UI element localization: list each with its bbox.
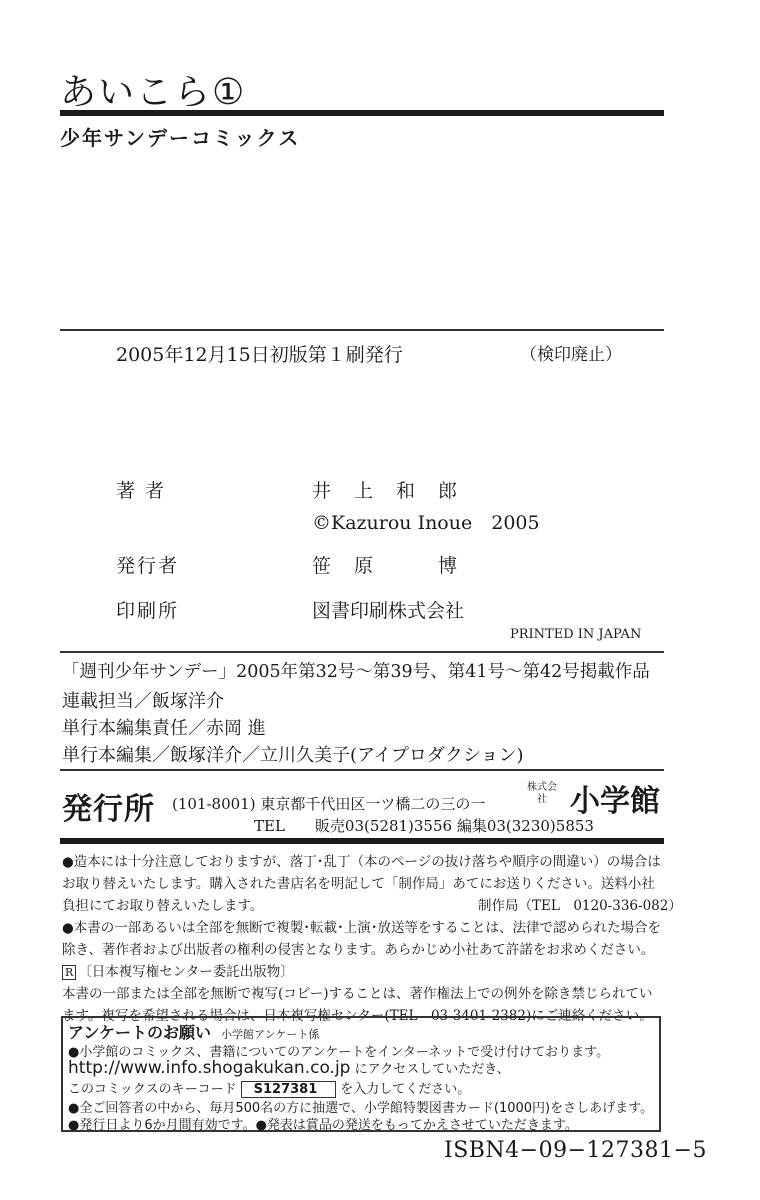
jrrc-heading: R〔日本複写権センター委託出版物〕 xyxy=(62,960,294,980)
publisher-person-label: 発行者 xyxy=(116,551,179,578)
corp-marker: 株式会社 xyxy=(526,782,558,806)
survey-subtitle: 小学館アンケート係 xyxy=(221,1028,319,1041)
serialization-source: 「週刊少年サンデー」2005年第32号～第39号、第41号～第42号掲載作品 xyxy=(62,658,650,683)
defect-notice-line: 負担にてお取り替えいたします。 xyxy=(62,894,263,914)
serial-editor: 連載担当／飯塚洋介 xyxy=(62,687,224,713)
defect-notice-line: お取り替えいたします。購入された書店名を明記して「制作局」あてにお送りください。… xyxy=(62,872,655,892)
title-rule xyxy=(60,110,664,116)
survey-heading: アンケートのお願い小学館アンケート係 xyxy=(68,1020,319,1043)
printed-in-japan: PRINTED IN JAPAN xyxy=(510,627,641,642)
printer-name: 図書印刷株式会社 xyxy=(312,596,464,623)
jrrc-label: 〔日本複写権センター委託出版物〕 xyxy=(78,964,293,980)
volume-chief-editor: 単行本編集責任／赤岡 進 xyxy=(62,714,266,740)
copyright-notice-line: 除き、著作者および出版者の権利の侵害となります。あらかじめ小社あて許諾をお求めく… xyxy=(62,938,654,958)
isbn: ISBN4−09−127381−5 xyxy=(444,1138,707,1163)
copyright-line: ©Kazurou Inoue 2005 xyxy=(312,508,540,535)
author-label: 著 者 xyxy=(116,476,166,503)
publisher-name: 小学館 xyxy=(570,776,660,820)
r-mark-icon: R xyxy=(62,965,76,980)
survey-url[interactable]: http://www.info.shogakukan.co.jp xyxy=(68,1058,350,1078)
keycode-prefix: このコミックスのキーコード xyxy=(68,1082,237,1097)
seal-note: （検印廃止） xyxy=(520,340,622,365)
publisher-address: (101-8001) 東京都千代田区一ツ橋二の三の一 xyxy=(172,793,485,814)
publisher-label: 発行所 xyxy=(62,784,155,828)
serialization-rule-top xyxy=(60,651,664,653)
serialization-rule-bottom xyxy=(60,769,664,771)
survey-keycode-line: このコミックスのキーコードS127381を入力してください。 xyxy=(68,1078,470,1098)
production-contact: 制作局（TEL 0120-336-082） xyxy=(478,894,682,914)
publisher-person-name: 笹 原 博 xyxy=(312,551,459,578)
copyright-notice-line: ●本書の一部あるいは全部を無断で複製･転載･上演･放送等をすることは、法律で認め… xyxy=(62,916,661,936)
survey-url-line: http://www.info.shogakukan.co.jp にアクセスして… xyxy=(68,1058,510,1078)
publication-date: 2005年12月15日初版第１刷発行 xyxy=(116,340,403,367)
jrrc-notice-line: 本書の一部または全部を無断で複写(コピー)することは、著作権法上での例外を除き禁… xyxy=(62,982,653,1002)
survey-title: アンケートのお願い xyxy=(68,1023,211,1042)
series-name: 少年サンデーコミックス xyxy=(60,122,300,151)
survey-line: ●発行日より6か月間有効です。●発表は賞品の発送をもってかえさせていただきます。 xyxy=(68,1114,578,1133)
volume-editors: 単行本編集／飯塚洋介／立川久美子(アイプロダクション) xyxy=(62,741,524,767)
book-title: あいこら① xyxy=(60,64,246,115)
keycode-box: S127381 xyxy=(241,1081,337,1098)
survey-url-suffix: にアクセスしていただき、 xyxy=(355,1062,510,1077)
author-name: 井 上 和 郎 xyxy=(312,476,459,503)
publisher-tel: TEL 販売03(5281)3556 編集03(3230)5853 xyxy=(254,815,594,836)
keycode-suffix: を入力してください。 xyxy=(340,1082,470,1097)
defect-notice-line: ●造本には十分注意しておりますが、落丁･乱丁（本のページの抜け落ちや順序の間違い… xyxy=(62,850,661,870)
printer-label: 印刷所 xyxy=(116,596,179,623)
date-rule xyxy=(60,329,664,331)
publisher-rule xyxy=(60,838,664,844)
